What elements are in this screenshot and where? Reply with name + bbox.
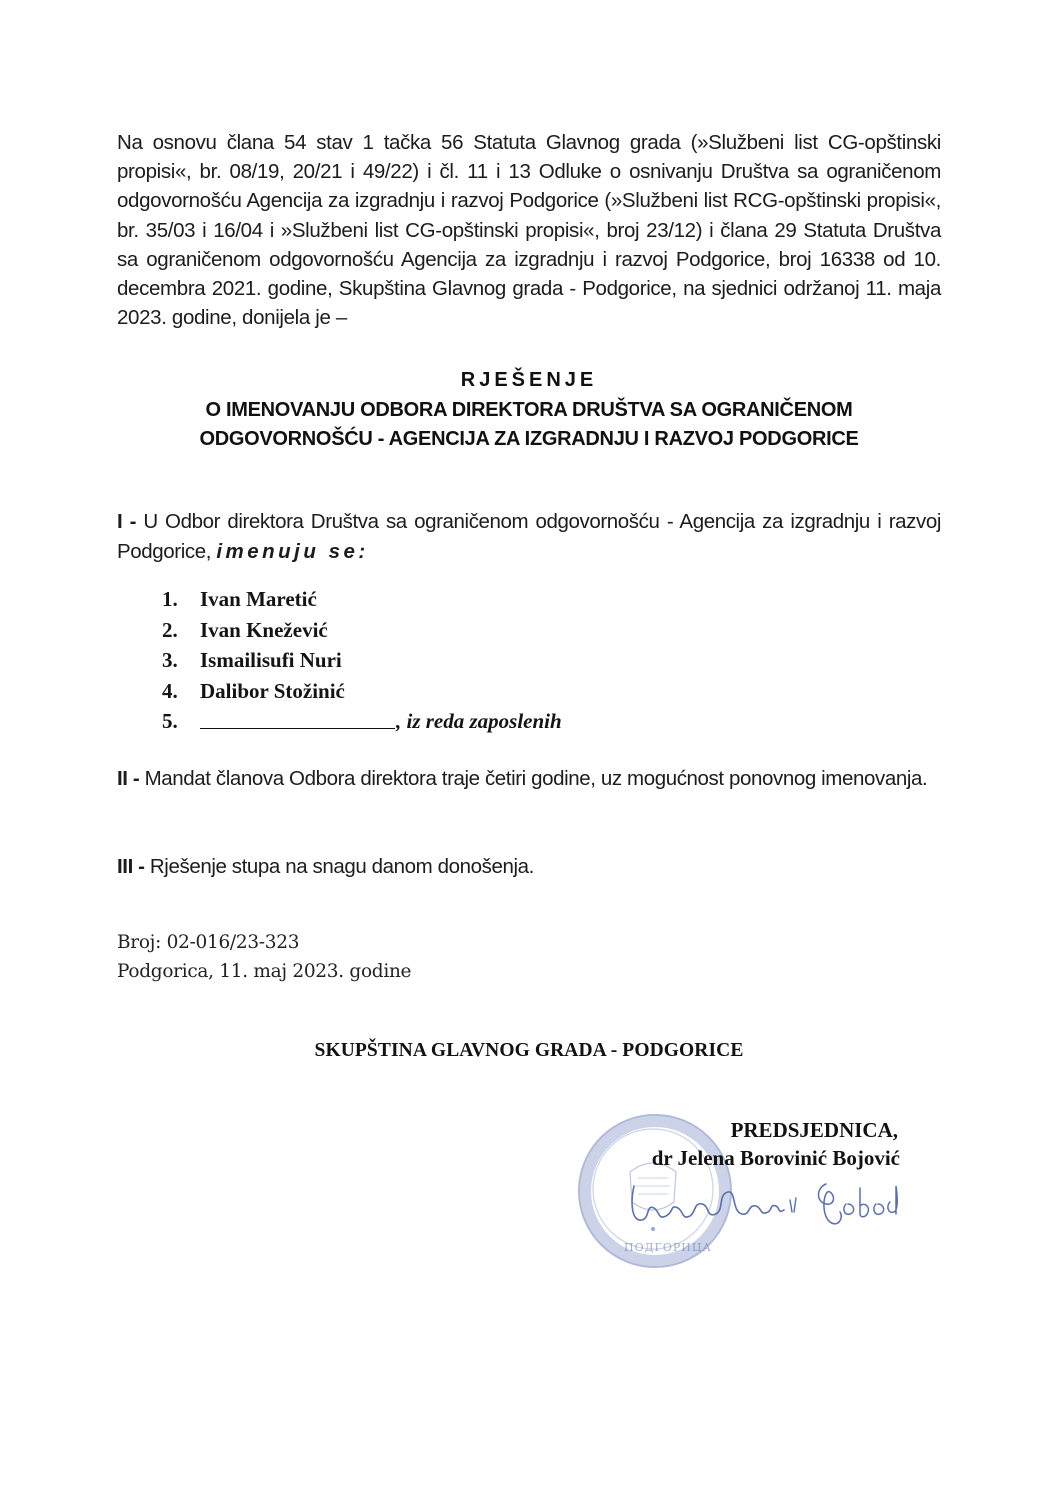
member-name: Dalibor Stožinić (200, 676, 345, 707)
section-3-text: Rješenje stupa na snagu danom donošenja. (145, 855, 534, 878)
member-number: 1. (162, 584, 200, 615)
member-number: 5. (162, 706, 200, 737)
place-date: Podgorica, 11. maj 2023. godine (117, 957, 411, 986)
signature-block: ПОДГОРИЦА PREDSJEDNICA, dr Jelena Borovi… (560, 1110, 940, 1280)
handwritten-signature-icon (620, 1174, 910, 1234)
member-number: 3. (162, 645, 200, 676)
decision-title: RJEŠENJE (100, 369, 958, 392)
list-item: 2.Ivan Knežević (162, 615, 562, 646)
stamp-text: ПОДГОРИЦА (624, 1241, 712, 1254)
document-page: Na osnovu člana 54 stav 1 tačka 56 Statu… (0, 0, 1058, 1497)
signatory-name: dr Jelena Borovinić Bojović (652, 1146, 900, 1171)
board-members-list: 1.Ivan Maretić 2.Ivan Knežević 3.Ismaili… (162, 584, 562, 737)
decision-subtitle-line2: ODGOVORNOŠĆU - AGENCIJA ZA IZGRADNJU I R… (100, 428, 958, 451)
section-2-number: II - (117, 767, 139, 790)
section-1-number: I - (117, 510, 136, 533)
member-name: Ivan Maretić (200, 584, 317, 615)
preamble-paragraph: Na osnovu člana 54 stav 1 tačka 56 Statu… (117, 128, 941, 332)
section-1: I - U Odbor direktora Društva sa ogranič… (117, 507, 941, 566)
section-2: II - Mandat članova Odbora direktora tra… (117, 764, 941, 794)
list-item: 5., iz reda zaposlenih (162, 706, 562, 737)
reference-number: Broj: 02-016/23-323 (117, 928, 411, 957)
section-3-number: III - (117, 855, 145, 878)
member-5-suffix: , iz reda zaposlenih (396, 706, 562, 737)
blank-name-line (200, 706, 395, 729)
section-3: III - Rješenje stupa na snagu danom dono… (117, 852, 941, 882)
signatory-title: PREDSJEDNICA, (731, 1118, 898, 1143)
reference-block: Broj: 02-016/23-323 Podgorica, 11. maj 2… (117, 928, 411, 986)
member-number: 2. (162, 615, 200, 646)
decision-subtitle-line1: O IMENOVANJU ODBORA DIREKTORA DRUŠTVA SA… (100, 399, 958, 422)
list-item: 4.Dalibor Stožinić (162, 676, 562, 707)
member-number: 4. (162, 676, 200, 707)
section-1-emphasis: imenuju se: (216, 540, 368, 563)
list-item: 3.Ismailisufi Nuri (162, 645, 562, 676)
member-name: Ivan Knežević (200, 615, 328, 646)
organization-name: SKUPŠTINA GLAVNOG GRADA - PODGORICE (100, 1040, 958, 1062)
section-2-text: Mandat članova Odbora direktora traje če… (139, 767, 927, 790)
member-name: Ismailisufi Nuri (200, 645, 342, 676)
list-item: 1.Ivan Maretić (162, 584, 562, 615)
